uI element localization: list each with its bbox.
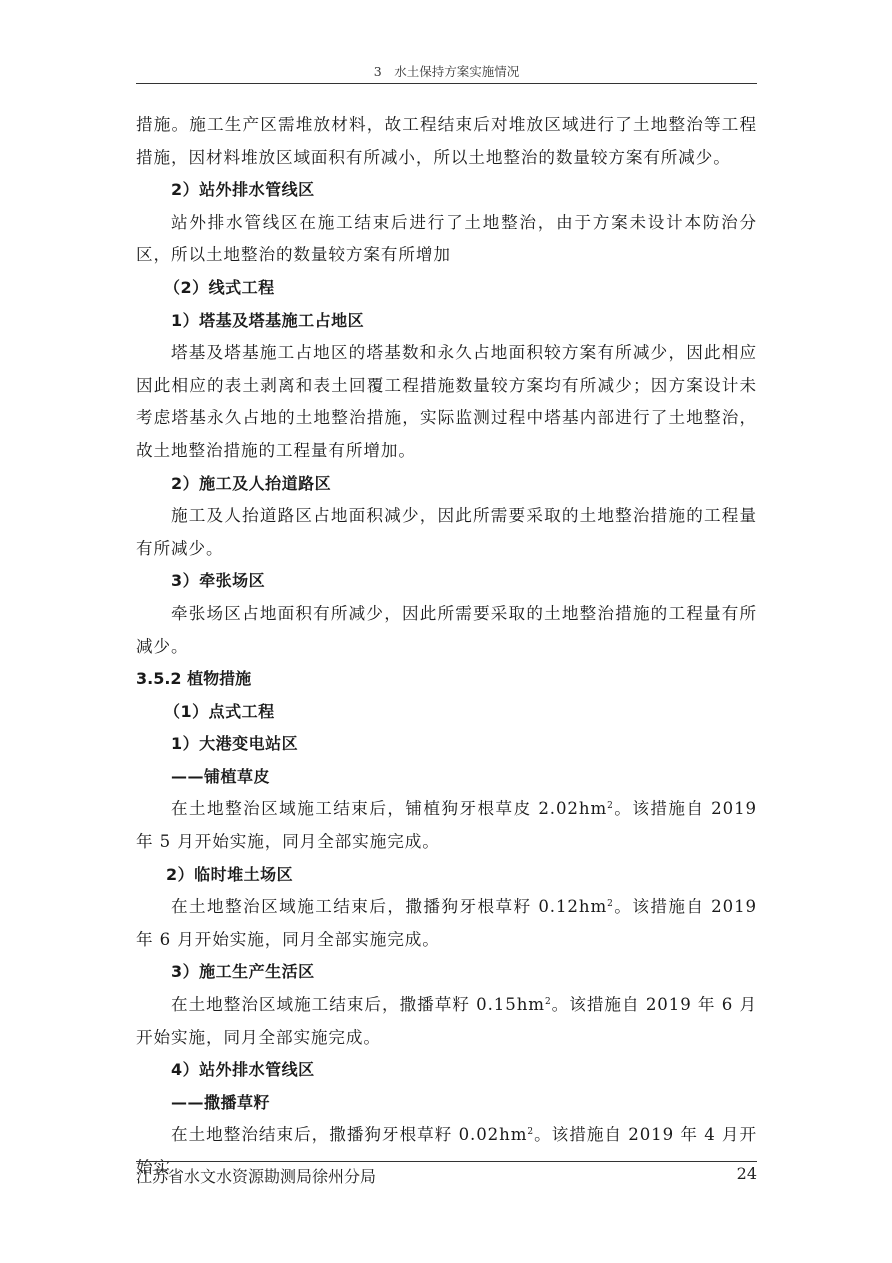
heading-temp-soil-yard: 2）临时堆土场区 xyxy=(136,859,757,892)
paragraph-temp-soil-yard: 在土地整治区域施工结束后，撒播狗牙根草籽 0.12hm2。该措施自 2019 年… xyxy=(136,891,757,956)
heading-station-pipe: 2）站外排水管线区 xyxy=(136,174,757,207)
heading-linear-works: （2）线式工程 xyxy=(136,272,757,305)
footer-organization: 江苏省水文水资源勘测局徐州分局 xyxy=(136,1164,376,1187)
text: 在土地整治区域施工结束后，撒播草籽 0.15hm xyxy=(171,995,545,1014)
section-heading-352: 3.5.2 植物措施 xyxy=(136,663,757,696)
paragraph-tension-field: 牵张场区占地面积有所减少，因此所需要采取的土地整治措施的工程量有所减少。 xyxy=(136,598,757,663)
page-number: 24 xyxy=(737,1164,757,1187)
paragraph-tower-base: 塔基及塔基施工占地区的塔基数和永久占地面积较方案有所减少，因此相应因此相应的表土… xyxy=(136,337,757,467)
heading-station-pipe-2: 4）站外排水管线区 xyxy=(136,1054,757,1087)
heading-seed-sowing: ——撒播草籽 xyxy=(136,1087,757,1120)
text: 在土地整治区域施工结束后，撒播狗牙根草籽 0.12hm xyxy=(171,897,607,916)
paragraph-construction-camp: 在土地整治区域施工结束后，撒播草籽 0.15hm2。该措施自 2019 年 6 … xyxy=(136,989,757,1054)
superscript: 2 xyxy=(527,1127,534,1137)
running-header: 3 水土保持方案实施情况 xyxy=(136,62,757,80)
page-footer: 江苏省水文水资源勘测局徐州分局 24 xyxy=(136,1164,757,1187)
footer-rule xyxy=(136,1161,757,1162)
text: 在土地整治区域施工结束后，铺植狗牙根草皮 2.02hm xyxy=(171,799,607,818)
paragraph-station-pipe: 站外排水管线区在施工结束后进行了土地整治，由于方案未设计本防治分区，所以土地整治… xyxy=(136,207,757,272)
paragraph-road-area: 施工及人抬道路区占地面积减少，因此所需要采取的土地整治措施的工程量有所减少。 xyxy=(136,500,757,565)
superscript: 2 xyxy=(545,997,552,1007)
heading-point-works: （1）点式工程 xyxy=(136,696,757,729)
superscript: 2 xyxy=(607,801,614,811)
heading-tension-field: 3）牵张场区 xyxy=(136,565,757,598)
superscript: 2 xyxy=(607,899,614,909)
heading-sod-laying: ——铺植草皮 xyxy=(136,761,757,794)
text: 在土地整治结束后，撒播狗牙根草籽 0.02hm xyxy=(171,1125,527,1144)
heading-dagang-substation: 1）大港变电站区 xyxy=(136,728,757,761)
paragraph-continued: 措施。施工生产区需堆放材料，故工程结束后对堆放区域进行了土地整治等工程措施，因材… xyxy=(136,109,757,174)
header-rule xyxy=(136,83,757,84)
paragraph-sod-laying: 在土地整治区域施工结束后，铺植狗牙根草皮 2.02hm2。该措施自 2019 年… xyxy=(136,793,757,858)
heading-construction-camp: 3）施工生产生活区 xyxy=(136,956,757,989)
heading-tower-base: 1）塔基及塔基施工占地区 xyxy=(136,305,757,338)
heading-road-area: 2）施工及人抬道路区 xyxy=(136,468,757,501)
page-body: 措施。施工生产区需堆放材料，故工程结束后对堆放区域进行了土地整治等工程措施，因材… xyxy=(136,109,757,1185)
